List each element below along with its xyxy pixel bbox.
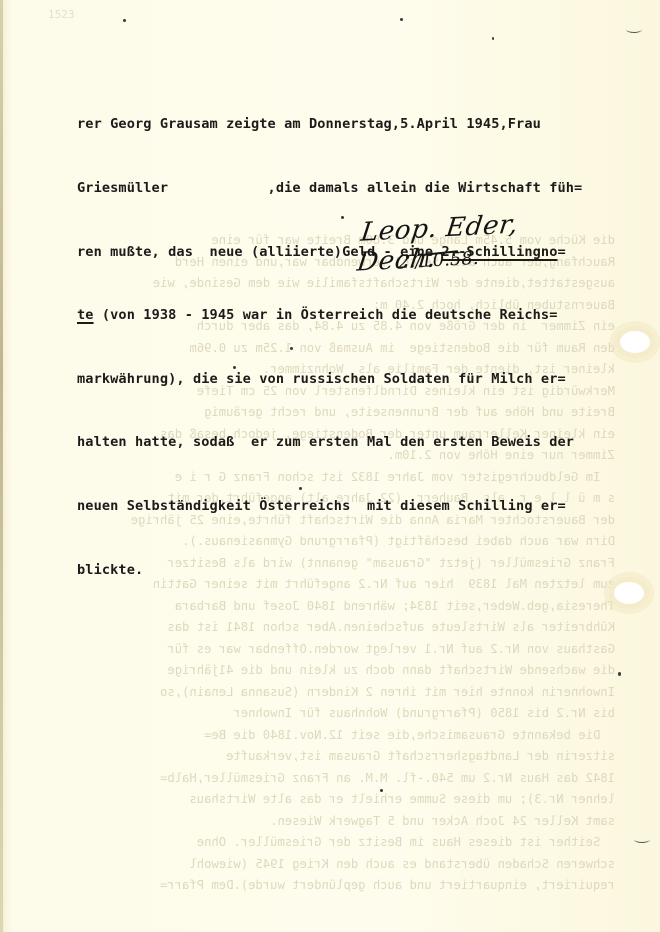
bleed-through-line: sitzerin der Landtagsherrschaft Grausam … bbox=[55, 746, 615, 768]
ink-speck bbox=[341, 216, 344, 219]
punch-hole-bottom bbox=[614, 582, 644, 604]
typed-line: neuen Selbständigkeit Österreichs mit di… bbox=[77, 496, 637, 517]
ink-speck bbox=[233, 366, 236, 369]
bleed-through-line: Gasthaus von Nr.2 auf Nr.1 verlegt worde… bbox=[55, 639, 615, 661]
bleed-through-line: bis Nr.2 bis 1850 (Pfarrgrund) Wohnhaus … bbox=[55, 703, 615, 725]
bleed-through-line: samt Keller 24 Joch Acker und 5 Tagwerk … bbox=[55, 811, 615, 833]
ink-speck bbox=[123, 19, 126, 22]
typed-line: halten hatte, sodaß er zum ersten Mal de… bbox=[77, 432, 637, 453]
faint-page-number: 1523 bbox=[48, 8, 75, 21]
typed-line: rer Georg Grausam zeigte am Donnerstag,5… bbox=[77, 114, 637, 135]
ink-speck bbox=[299, 487, 302, 490]
paper-crease-mark bbox=[626, 26, 642, 33]
ink-speck bbox=[400, 18, 403, 21]
bleed-through-line: lehner Nr.3); um diese Summe erhielt er … bbox=[55, 789, 615, 811]
handwritten-signature: Leop. Eder, Dech. 2./10.58. bbox=[358, 212, 578, 292]
bleed-through-line: Seither ist dieses Haus im Besitz der Gr… bbox=[55, 832, 615, 854]
bleed-through-line: schweren Schaden überstand es auch den K… bbox=[55, 854, 615, 876]
bleed-through-line: die wachsende Wirtschaft dann doch zu kl… bbox=[55, 660, 615, 682]
bleed-through-line: requiriert, einquartiert und auch geplün… bbox=[55, 875, 615, 897]
bleed-through-line: Die bekannte Grausamische,die seit 12.No… bbox=[55, 725, 615, 747]
ink-speck bbox=[290, 347, 293, 350]
typed-line: Griesmüller ,die damals allein die Wirts… bbox=[77, 178, 637, 199]
typed-line: markwährung), die sie von russischen Sol… bbox=[77, 369, 637, 390]
paper-crease-mark bbox=[634, 836, 650, 843]
paper-left-edge bbox=[0, 0, 3, 932]
punch-hole-top bbox=[620, 331, 650, 353]
signature-date: 2./10.58. bbox=[398, 248, 479, 273]
paper-page: 1523 die Küche vom 5.45m Länge und 3.60m… bbox=[0, 0, 660, 932]
ink-speck bbox=[618, 672, 621, 676]
underlined-text: te bbox=[77, 307, 94, 323]
bleed-through-line: 1842 das Haus Nr.2 um 540.-fl. M.M. an F… bbox=[55, 768, 615, 790]
ink-speck bbox=[492, 37, 494, 40]
ink-speck bbox=[380, 789, 383, 792]
bleed-through-line: Inwohnerin konnte hier mit ihren 2 Kinde… bbox=[55, 682, 615, 704]
typed-text-block: rer Georg Grausam zeigte am Donnerstag,5… bbox=[77, 72, 637, 623]
typed-line: te (von 1938 - 1945 war in Österreich di… bbox=[77, 305, 637, 326]
typed-line: blickte. bbox=[77, 560, 637, 581]
